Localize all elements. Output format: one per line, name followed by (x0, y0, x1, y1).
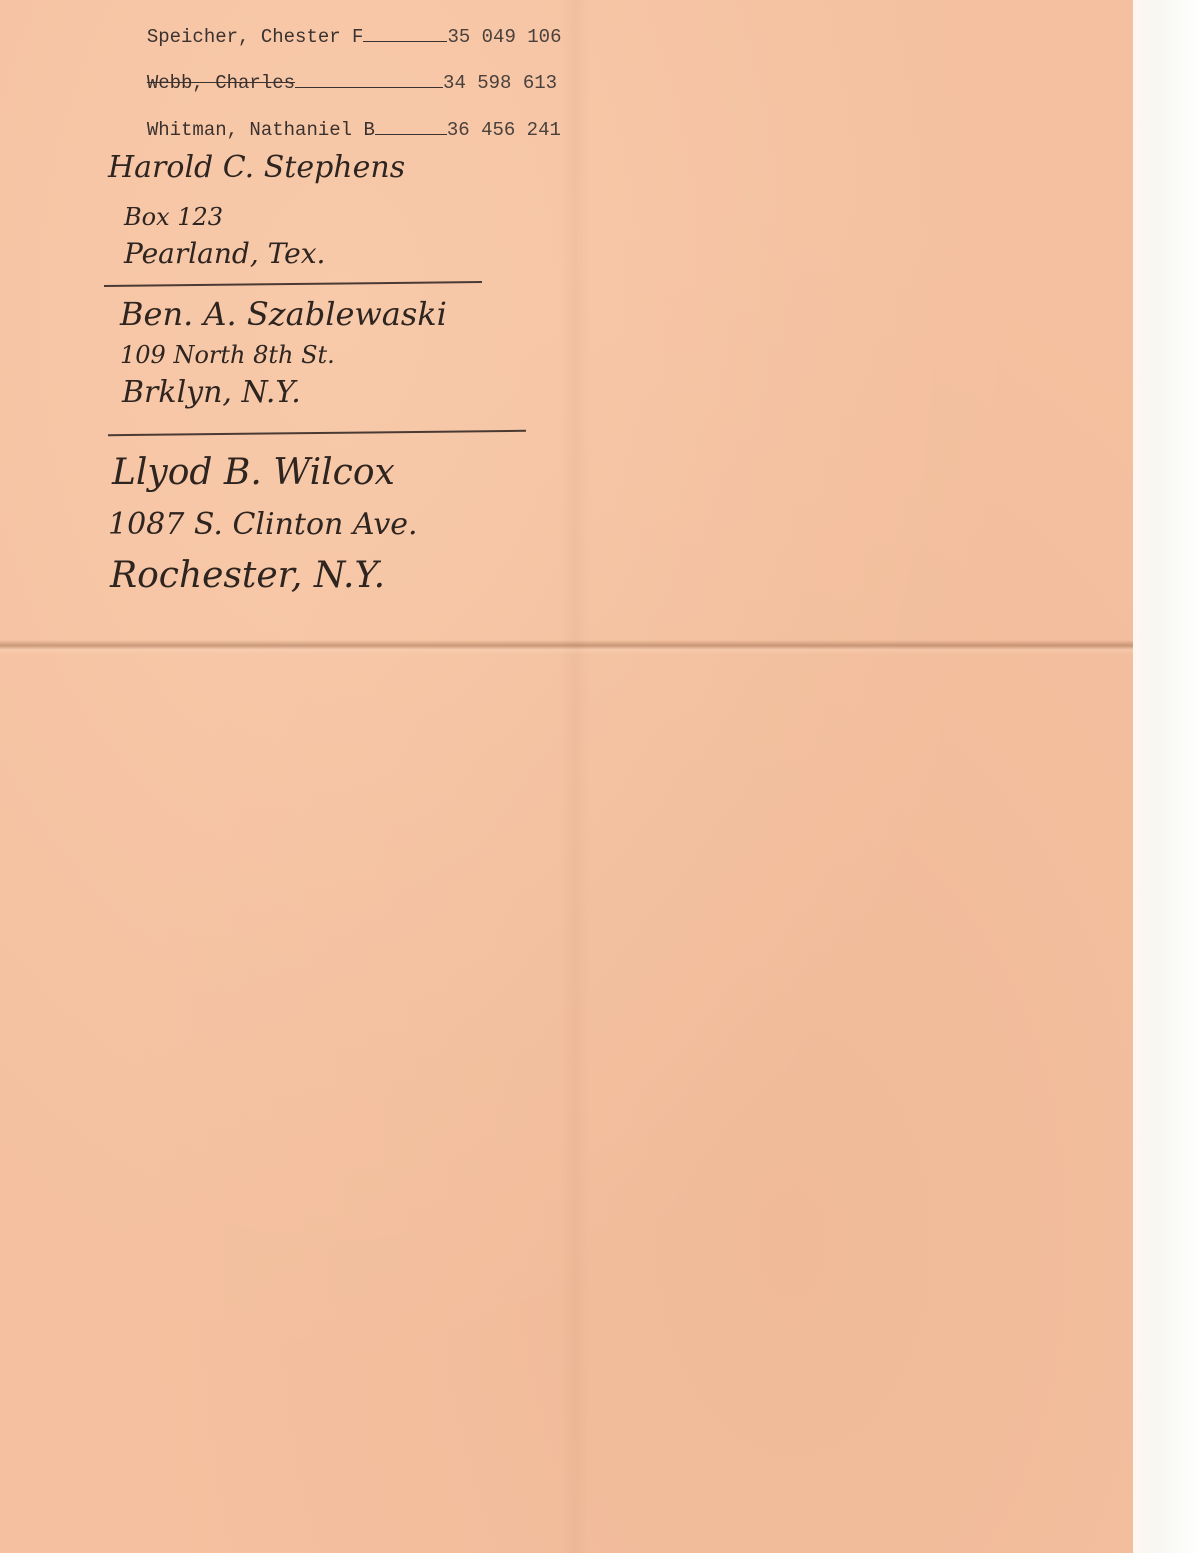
scan-margin (1133, 0, 1200, 1553)
typed-name: Speicher, Chester F (147, 26, 364, 48)
typed-entry: Whitman, Nathaniel B36 456 241 (124, 97, 561, 141)
serial-number: 35 049 106 (447, 26, 561, 48)
handwritten-address: Box 123 (124, 205, 223, 229)
serial-number: 34 598 613 (443, 72, 557, 94)
handwritten-city: Brklyn, N.Y. (122, 378, 301, 408)
blank-line (363, 27, 447, 42)
handwritten-city: Pearland, Tex. (124, 240, 325, 268)
blank-line (295, 73, 443, 88)
typed-name: Webb, Charles (147, 72, 295, 94)
handwritten-address: 109 North 8th St. (120, 343, 335, 367)
typed-name: Whitman, Nathaniel B (147, 119, 375, 141)
horizontal-fold-crease (0, 640, 1133, 654)
handwritten-name: Ben. A. Szablewaski (120, 298, 447, 330)
blank-line (375, 120, 447, 135)
vertical-fold-crease (560, 0, 590, 1553)
handwritten-name: Harold C. Stephens (108, 153, 405, 183)
handwritten-address: 1087 S. Clinton Ave. (108, 510, 418, 540)
handwritten-city: Rochester, N.Y. (110, 558, 385, 594)
serial-number: 36 456 241 (447, 119, 561, 141)
typed-entry-struck: Webb, Charles34 598 613 (124, 50, 557, 94)
handwritten-name: Llyod B. Wilcox (112, 455, 395, 491)
typed-entry: Speicher, Chester F35 049 106 (124, 4, 561, 48)
